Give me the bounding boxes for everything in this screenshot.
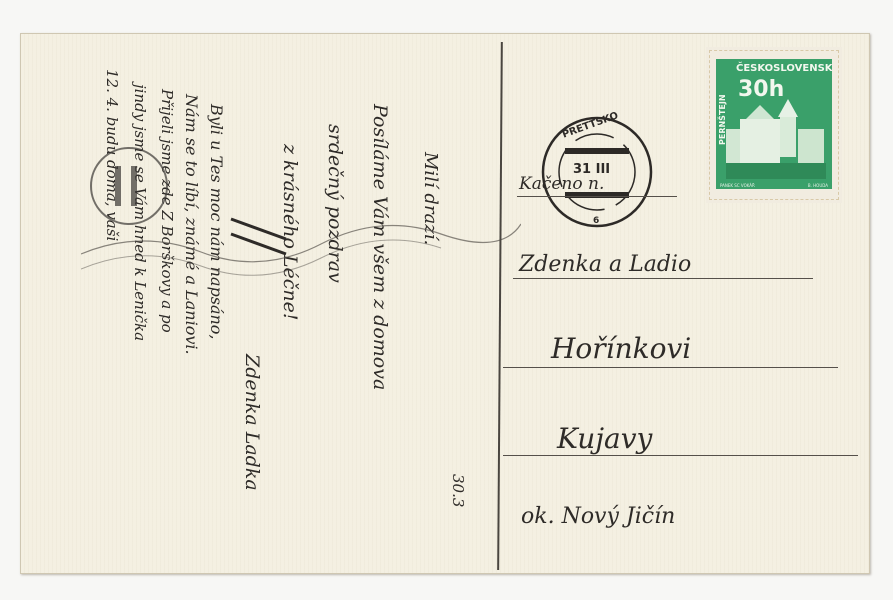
center-divider xyxy=(497,42,502,570)
address-rule-1 xyxy=(513,278,813,279)
castle-icon xyxy=(726,99,826,179)
address-rule-3 xyxy=(503,455,858,456)
postmark: PRETTSKO 31 III 6 xyxy=(537,112,657,232)
postcard-back: 30.3 Milí drazí. Posíláme Vám všem z dom… xyxy=(20,33,870,574)
address-town: Kujavy xyxy=(557,422,652,455)
postmark-mark: 6 xyxy=(593,216,599,226)
message-date: 30.3 xyxy=(449,474,467,507)
cancellation-wave-icon xyxy=(81,134,521,284)
address-recipient: Zdenka a Ladio xyxy=(519,252,691,277)
stamp-country: ČESKOSLOVENSKO xyxy=(736,63,832,74)
message-signature: Zdenka Ladka xyxy=(241,354,263,491)
address-rule-0 xyxy=(517,196,677,197)
stamp-credit-right: B. HOUDA xyxy=(808,183,828,188)
address-surname: Hořínkovi xyxy=(551,332,691,365)
address-line-0: Kačeno n. xyxy=(519,174,604,194)
address-rule-2 xyxy=(503,367,838,368)
postage-stamp: ČESKOSLOVENSKO 30h PERNŠTEJN PANEK SC VO… xyxy=(709,50,839,200)
address-district: ok. Nový Jičín xyxy=(521,504,675,529)
stamp-credit-left: PANEK SC VOKÁŘ xyxy=(720,183,755,188)
